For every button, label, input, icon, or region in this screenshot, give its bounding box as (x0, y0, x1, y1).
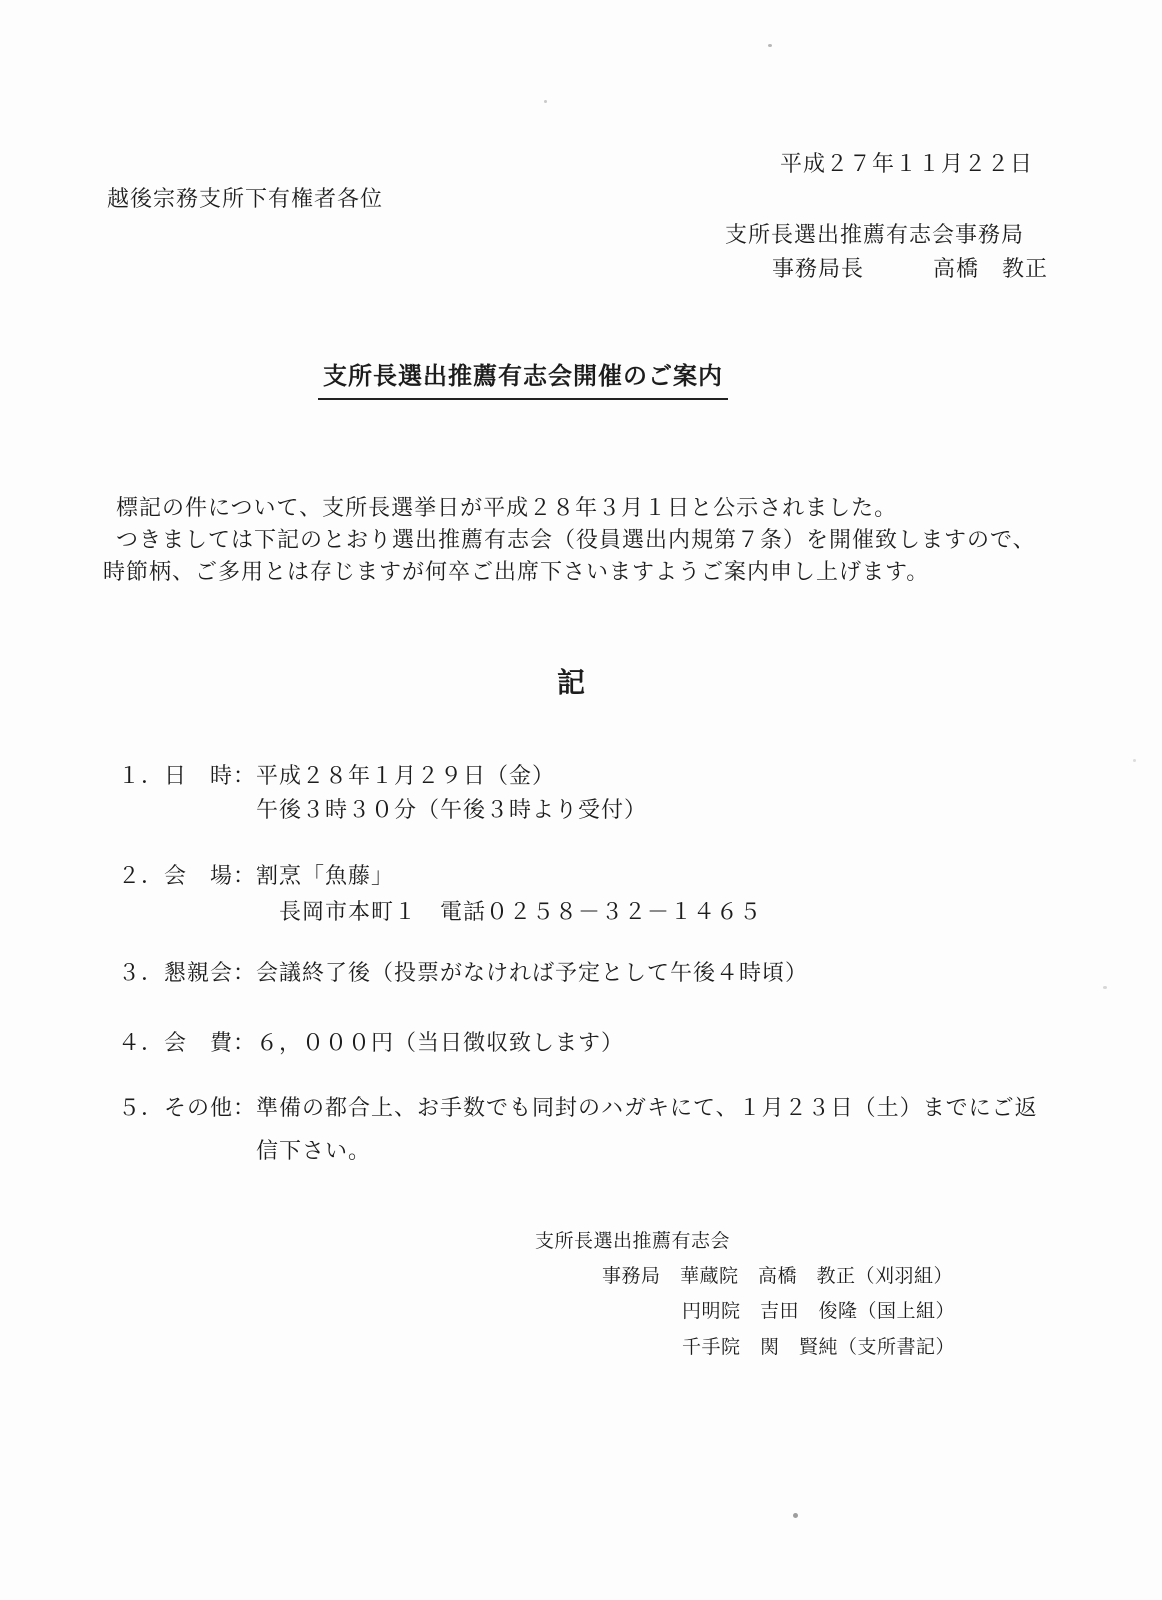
item-5-text: 準備の都合上、お手数でも同封のハガキにて、１月２３日（土）までにご返 (256, 1095, 1038, 1120)
scan-speck (1133, 759, 1136, 762)
list-item-5-continuation: 信下さい。 (256, 1137, 371, 1165)
body-paragraph-line-1: 標記の件について、支所長選挙日が平成２８年３月１日と公示されました。 (116, 494, 897, 522)
body-paragraph-line-3: 時節柄、ご多用とは存じますが何卒ご出席下さいますようご案内申し上げます。 (103, 558, 929, 586)
item-5-label: ５．その他： (118, 1095, 256, 1120)
list-item-2-continuation: 長岡市本町１ 電話０２５８－３２－１４６５ (279, 898, 762, 926)
document-date: 平成２７年１１月２２日 (780, 150, 1033, 178)
list-item-4-fee: ４．会 費：６，０００円（当日徴収致します） (118, 1029, 624, 1057)
sender-person: 事務局長 高橋 教正 (772, 255, 1048, 283)
body-paragraph-line-2: つきましては下記のとおり選出推薦有志会（役員選出内規第７条）を開催致しますので、 (116, 526, 1036, 554)
list-item-3-reception: ３．懇親会：会議終了後（投票がなければ予定として午後４時頃） (118, 959, 808, 987)
scan-speck (768, 44, 772, 47)
item-4-text: ６，０００円（当日徴収致します） (256, 1030, 624, 1055)
signature-member-3: 千手院 関 賢純（支所書記） (682, 1336, 955, 1360)
item-3-label: ３．懇親会： (118, 960, 256, 985)
item-2-label: ２．会 場： (118, 863, 256, 888)
signature-member-1: 事務局 華蔵院 高橋 教正（刈羽組） (602, 1265, 953, 1289)
item-4-label: ４．会 費： (118, 1030, 256, 1055)
item-1-label: １．日 時： (118, 763, 256, 788)
document-title: 支所長選出推薦有志会開催のご案内 (318, 362, 728, 400)
list-item-1-datetime: １．日 時：平成２８年１月２９日（金） (118, 762, 555, 790)
item-3-text: 会議終了後（投票がなければ予定として午後４時頃） (256, 960, 808, 985)
list-item-1-continuation: 午後３時３０分（午後３時より受付） (256, 796, 647, 824)
signature-organization: 支所長選出推薦有志会 (535, 1230, 730, 1254)
scanned-letter-page: 平成２７年１１月２２日 越後宗務支所下有権者各位 支所長選出推薦有志会事務局 事… (0, 0, 1162, 1600)
signature-member-2: 円明院 吉田 俊隆（国上組） (682, 1300, 955, 1324)
list-item-2-venue: ２．会 場：割烹「魚藤」 (118, 862, 394, 890)
scan-speck (544, 100, 547, 103)
scan-speck (793, 1513, 798, 1518)
list-item-5-other: ５．その他：準備の都合上、お手数でも同封のハガキにて、１月２３日（土）までにご返 (118, 1094, 1038, 1122)
recipient-line: 越後宗務支所下有権者各位 (107, 185, 383, 213)
item-2-text: 割烹「魚藤」 (256, 863, 394, 888)
record-marker: 記 (557, 666, 586, 701)
sender-organization: 支所長選出推薦有志会事務局 (725, 221, 1024, 249)
scan-speck (1103, 986, 1107, 989)
item-1-text: 平成２８年１月２９日（金） (256, 763, 555, 788)
